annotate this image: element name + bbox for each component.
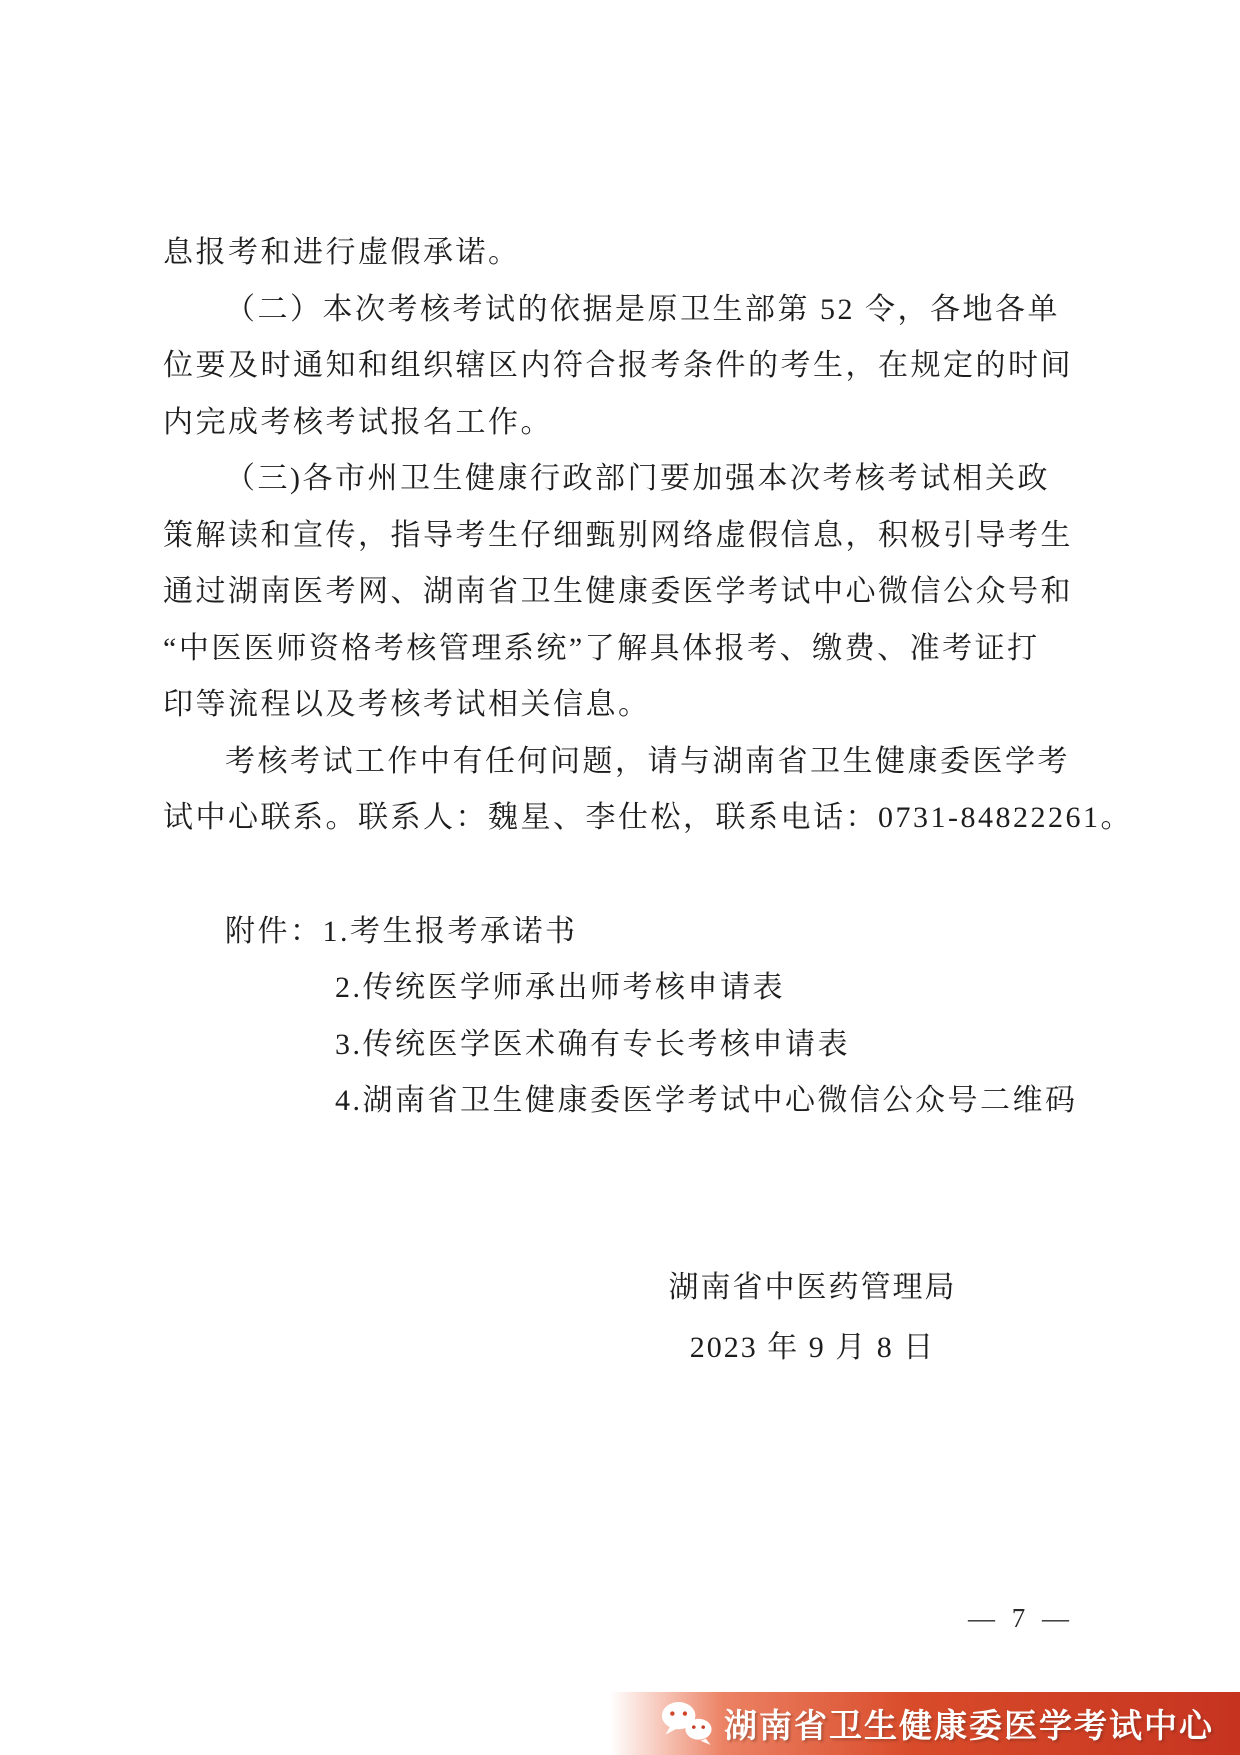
attachments-heading: 附件：1.考生报考承诺书 xyxy=(163,904,1103,961)
attachment-item: 3.传统医学医术确有专长考核申请表 xyxy=(163,1017,1103,1074)
body-line: （三)各市州卫生健康行政部门要加强本次考核考试相关政 xyxy=(163,451,1103,508)
wechat-icon xyxy=(660,1701,714,1747)
body-line: 通过湖南医考网、湖南省卫生健康委医学考试中心微信公众号和 xyxy=(163,564,1103,621)
document-page: 息报考和进行虚假承诺。 （二）本次考核考试的依据是原卫生部第 52 令，各地各单… xyxy=(0,0,1240,1755)
body-line: 印等流程以及考核考试相关信息。 xyxy=(163,677,1103,734)
body-line: “中医医师资格考核管理系统”了解具体报考、缴费、准考证打 xyxy=(163,621,1103,678)
attachment-item: 4.湖南省卫生健康委医学考试中心微信公众号二维码 xyxy=(163,1073,1103,1130)
page-number: — 7 — xyxy=(968,1603,1074,1634)
body-line: 息报考和进行虚假承诺。 xyxy=(163,225,1103,282)
footer-banner: 湖南省卫生健康委医学考试中心 xyxy=(610,1692,1240,1755)
document-body: 息报考和进行虚假承诺。 （二）本次考核考试的依据是原卫生部第 52 令，各地各单… xyxy=(163,225,1103,1130)
signature-block: 湖南省中医药管理局 2023 年 9 月 8 日 xyxy=(595,1258,1030,1378)
paragraph-gap xyxy=(163,847,1103,904)
body-line: 内完成考核考试报名工作。 xyxy=(163,395,1103,452)
body-line: 考核考试工作中有任何问题，请与湖南省卫生健康委医学考 xyxy=(163,734,1103,791)
attachment-item: 2.传统医学师承出师考核申请表 xyxy=(163,960,1103,1017)
body-line: 试中心联系。联系人：魏星、李仕松，联系电话：0731-84822261。 xyxy=(163,790,1103,847)
body-line: （二）本次考核考试的依据是原卫生部第 52 令，各地各单 xyxy=(163,282,1103,339)
body-line: 策解读和宣传，指导考生仔细甄别网络虚假信息，积极引导考生 xyxy=(163,508,1103,565)
footer-brand-name: 湖南省卫生健康委医学考试中心 xyxy=(724,1700,1214,1747)
issuing-organization: 湖南省中医药管理局 xyxy=(595,1258,1030,1318)
issue-date: 2023 年 9 月 8 日 xyxy=(595,1318,1030,1378)
body-line: 位要及时通知和组织辖区内符合报考条件的考生，在规定的时间 xyxy=(163,338,1103,395)
